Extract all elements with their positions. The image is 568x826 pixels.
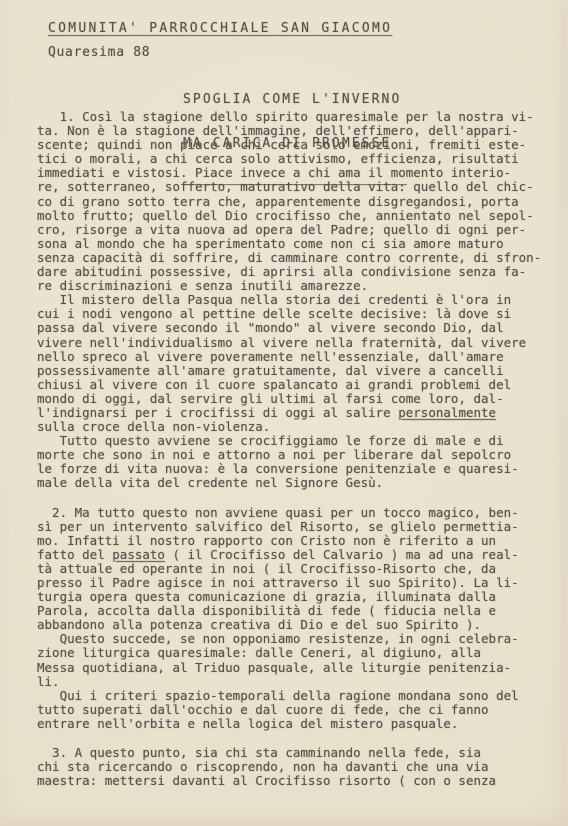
text-line: cui i nodi vengono al pettine delle scel… <box>37 307 559 321</box>
text-line: male della vita del credente nel Signore… <box>37 476 559 490</box>
text-line: chi sta ricercando o riscoprendo, non ha… <box>37 760 559 774</box>
season-label: Quaresima 88 <box>48 45 150 60</box>
text-line: immediati e vistosi. Piace invece a chi … <box>37 166 559 180</box>
text-line: senza capacità di soffrire, di camminare… <box>37 251 559 265</box>
text-line: mondo di oggi, dal servire gli ultimi al… <box>37 392 559 406</box>
text-line: tici o morali, a chi cerca solo attivism… <box>37 152 559 166</box>
title-line-1: SPOGLIA COME L'INVERNO <box>183 93 407 108</box>
text-line: possessivamente all'amare gratuitamente,… <box>37 364 559 378</box>
text-line: nello spreco al vivere poveramente nell'… <box>37 350 559 364</box>
text-line: Messa quotidiana, al Triduo pasquale, al… <box>37 661 559 675</box>
paragraph: 3. A questo punto, sia chi sta camminand… <box>37 746 559 788</box>
text-line: tutto superati dall'occhio e dal cuore d… <box>37 703 559 717</box>
text-line: Questo succede, se non opponiamo resiste… <box>37 632 559 646</box>
text-line: co di grano sotto terra che, apparenteme… <box>37 195 559 209</box>
text-line: Qui i criteri spazio-temporali della rag… <box>37 689 559 703</box>
paragraph: 2. Ma tutto questo non avviene quasi per… <box>37 506 559 732</box>
text-line: cro, risorge a vita nuova ad opera del P… <box>37 223 559 237</box>
text-line: maestra: mettersi davanti al Crocifisso … <box>37 774 559 788</box>
text-line: entrare nell'orbita e nella logica del m… <box>37 717 559 731</box>
text-line: le forze di vita nuova: è la conversione… <box>37 462 559 476</box>
text-line: chiusi al vivere con il cuore spalancato… <box>37 378 559 392</box>
text-line: turgia opera questa comunicazione di gra… <box>37 590 559 604</box>
text-line: 1. Così la stagione dello spirito quares… <box>37 110 559 124</box>
text-line: zione liturgica quaresimale: dalle Cener… <box>37 646 559 660</box>
text-line: abbandono alla potenza creativa di Dio e… <box>37 618 559 632</box>
text-line: l'indignarsi per i crocifissi di oggi al… <box>37 406 559 420</box>
text-line: ta. Non è la stagione dell'immagine, del… <box>37 124 559 138</box>
text-line: li. <box>37 675 559 689</box>
text-line: re discriminazioni e senza inutili amare… <box>37 279 559 293</box>
text-line: Tutto questo avviene se crocifiggiamo le… <box>37 434 559 448</box>
underlined-word: passato <box>112 547 165 562</box>
text-line: Parola, accolta dalla disponibilità di f… <box>37 604 559 618</box>
text-line: vivere nell'individualismo al vivere nel… <box>37 336 559 350</box>
text-segment: fatto del <box>37 547 112 562</box>
text-line: passa dal vivere secondo il "mondo" al v… <box>37 321 559 335</box>
org-title: COMUNITA' PARROCCHIALE SAN GIACOMO <box>48 21 392 36</box>
text-line: mo. Infatti il nostro rapporto con Crist… <box>37 534 559 548</box>
text-line: 3. A questo punto, sia chi sta camminand… <box>37 746 559 760</box>
text-line: Il mistero della Pasqua nella storia dei… <box>37 293 559 307</box>
text-segment: ( il Crocifisso del Calvario ) ma ad una… <box>165 547 519 562</box>
text-line: presso il Padre agisce in noi attraverso… <box>37 576 559 590</box>
document-body: 1. Così la stagione dello spirito quares… <box>37 110 559 788</box>
underlined-word: personalmente <box>398 405 496 420</box>
text-line: dare abitudini possessive, di aprirsi al… <box>37 265 559 279</box>
text-line: molto frutto; quello del Dio crocifisso … <box>37 209 559 223</box>
text-line: sona al mondo che ha sperimentato come n… <box>37 237 559 251</box>
document-page: COMUNITA' PARROCCHIALE SAN GIACOMO Quare… <box>0 0 568 826</box>
text-line: morte che sono in noi e attorno a noi pe… <box>37 448 559 462</box>
text-line: fatto del passato ( il Crocifisso del Ca… <box>37 548 559 562</box>
text-line: tà attuale ed operante in noi ( il Croci… <box>37 562 559 576</box>
paragraph: 1. Così la stagione dello spirito quares… <box>37 110 559 491</box>
text-line: sì per un intervento salvifico del Risor… <box>37 520 559 534</box>
text-line: re, sotterraneo, sofferto, maturativo de… <box>37 180 559 194</box>
text-line: scente; quindi non piace a chi cerca sol… <box>37 138 559 152</box>
text-line: 2. Ma tutto questo non avviene quasi per… <box>37 506 559 520</box>
text-line: sulla croce della non-violenza. <box>37 420 559 434</box>
text-segment: l'indignarsi per i crocifissi di oggi al… <box>37 405 398 420</box>
